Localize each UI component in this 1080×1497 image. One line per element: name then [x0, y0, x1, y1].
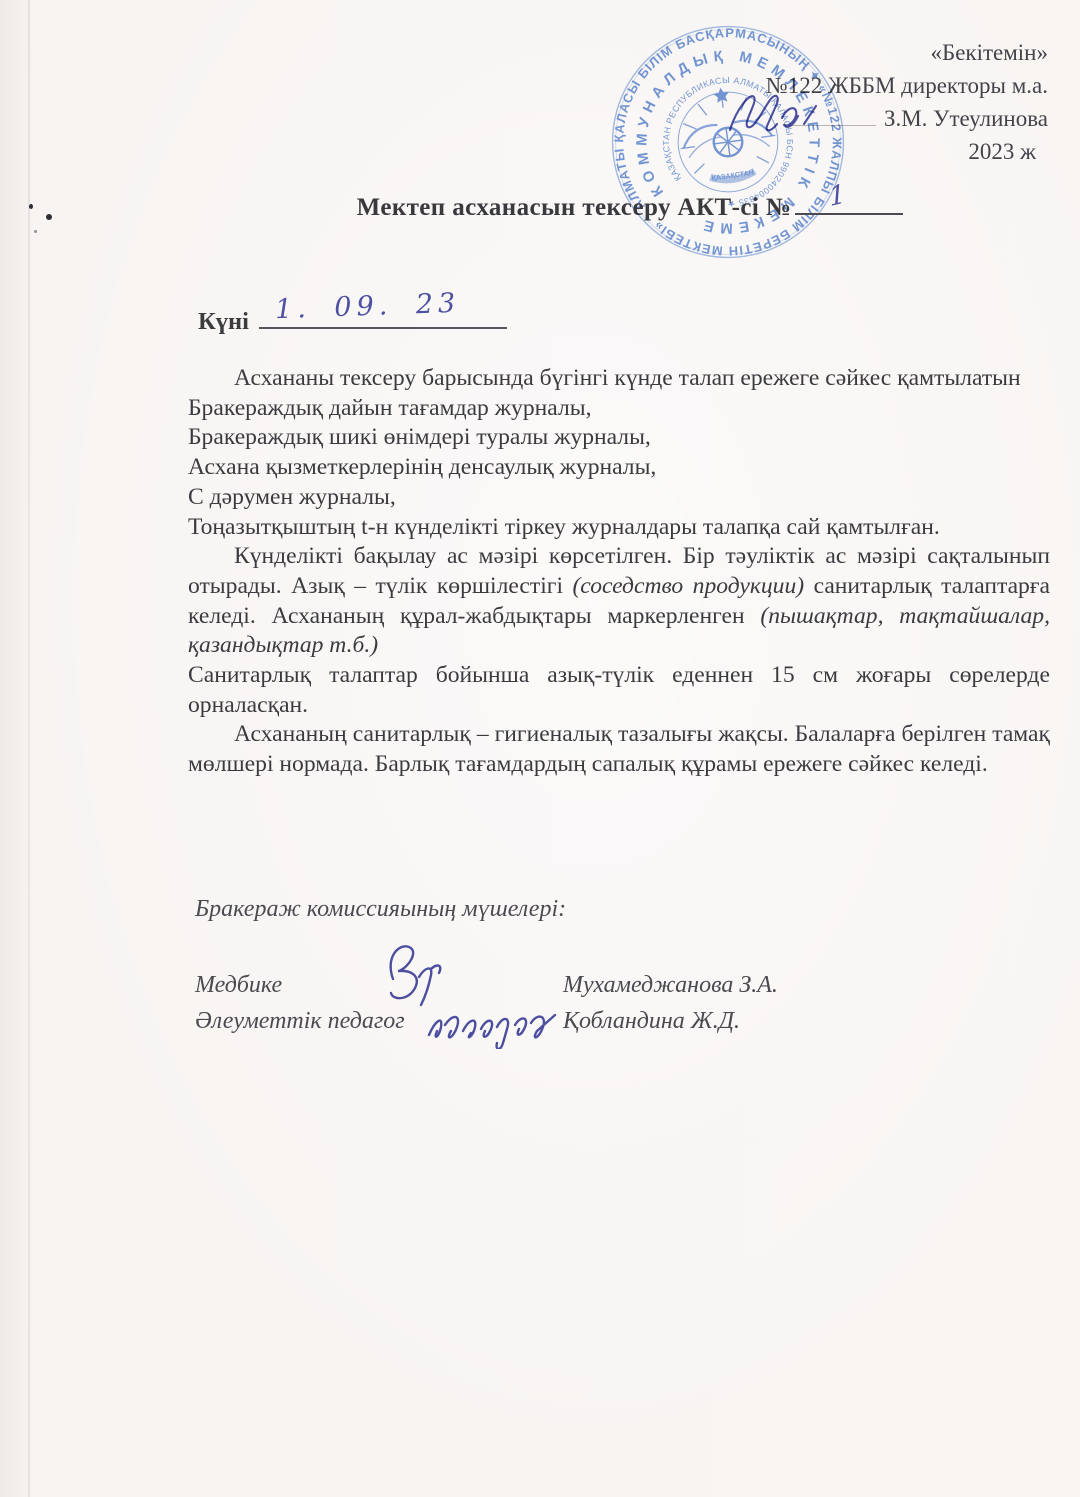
handwritten-act-number: 1 [828, 179, 848, 213]
ink-speck [34, 230, 37, 233]
body-paragraph: Асхананы тексеру барысында бүгінгі күнде… [188, 364, 1050, 394]
body-paragraph: Күнделікті бақылау ас мәзірі көрсетілген… [188, 542, 1050, 661]
body-paragraph: Бракераждық шикі өнімдері туралы журналы… [188, 423, 1050, 453]
body-paragraph: Санитарлық талаптар бойынша азық-түлік е… [188, 661, 1050, 720]
body-paragraph: Тоңазытқыштың t-н күнделікті тіркеу журн… [188, 513, 1050, 543]
body-paragraph: Бракераждық дайын тағамдар журналы, [188, 394, 1050, 424]
commission-member-row: Медбике Мухамеджанова З.А. [195, 965, 995, 999]
member-name: Мухамеджанова З.А. [563, 972, 778, 999]
commission-heading: Бракераж комиссияының мүшелері: [195, 896, 995, 923]
director-name: З.М. Утеулинова [884, 106, 1048, 131]
body-paragraph: Асхананың санитарлық – гигиеналық тазалы… [188, 720, 1050, 779]
ink-speck [46, 214, 52, 220]
body-paragraph: Асхана қызметкерлерінің денсаулық журнал… [188, 453, 1050, 483]
ink-speck [29, 204, 33, 209]
body-paragraph: С дәрумен журналы, [188, 483, 1050, 513]
commission-member-row: Әлеуметтік педагог Қобландина Ж.Д. [195, 1001, 995, 1035]
handwritten-date: 1. 09. 23 [274, 288, 460, 325]
scan-edge-shadow [28, 0, 30, 1497]
member-role: Медбике [195, 972, 282, 999]
member-name: Қобландина Ж.Д. [563, 1008, 740, 1035]
body-text: Асхананы тексеру барысында бүгінгі күнде… [188, 364, 1050, 780]
title-text: Мектеп асханасын тексеру АКТ-сі № [357, 194, 792, 221]
commission-section: Бракераж комиссияының мүшелері: Медбике … [195, 896, 995, 1037]
nurse-signature-icon [367, 939, 459, 1009]
date-label: Күні [198, 308, 249, 335]
document-title: Мектеп асханасын тексеру АКТ-сі №1 [150, 194, 1080, 222]
date-blank-line: 1. 09. 23 [259, 327, 507, 329]
pedagog-signature-icon [423, 1001, 561, 1049]
official-round-stamp: АЛМАТЫ ҚАЛАСЫ БІЛІМ БАСҚАРМАСЫНЫҢ ✦ «№12… [608, 22, 848, 262]
date-row: Күні1. 09. 23 [198, 308, 507, 336]
title-number-blank: 1 [795, 213, 903, 215]
member-role: Әлеуметтік педагог [195, 1008, 405, 1035]
